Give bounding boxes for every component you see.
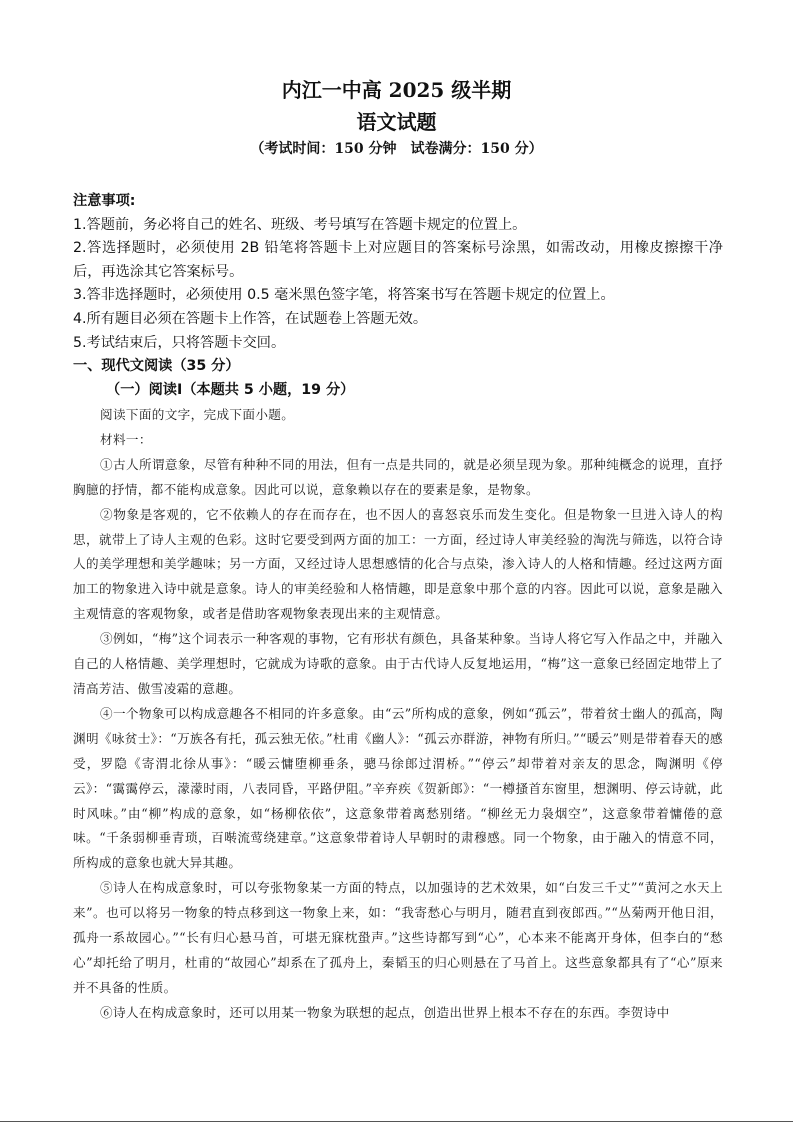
- notice-item: 5.考试结束后，只将答题卡交回。: [73, 332, 723, 356]
- reading-passage: 阅读下面的文字，完成下面小题。 材料一： ①古人所谓意象，尽管有种种不同的用法，…: [73, 403, 723, 1026]
- passage-paragraph: ①古人所谓意象，尽管有种种不同的用法，但有一点是共同的，就是必须呈现为象。那种纯…: [73, 453, 723, 503]
- exam-page: 内江一中高 2025 级半期 语文试题 （考试时间：150 分钟 试卷满分：15…: [0, 0, 793, 1122]
- passage-paragraph: ③例如，“梅”这个词表示一种客观的事物，它有形状有颜色，具备某种象。当诗人将它写…: [73, 627, 723, 702]
- passage-paragraph: ⑤诗人在构成意象时，可以夸张物象某一方面的特点，以加强诗的艺术效果，如“白发三千…: [73, 876, 723, 1001]
- notice-section: 注意事项: 1.答题前，务必将自己的姓名、班级、考号填写在答题卡规定的位置上。 …: [73, 190, 723, 355]
- exam-meta: （考试时间：150 分钟 试卷满分：150 分）: [0, 139, 793, 159]
- section-heading: 一、现代文阅读（35 分）: [73, 355, 723, 379]
- passage-instruction: 阅读下面的文字，完成下面小题。: [73, 403, 723, 428]
- exam-subtitle: 语文试题: [0, 108, 793, 136]
- notice-item: 1.答题前，务必将自己的姓名、班级、考号填写在答题卡规定的位置上。: [73, 214, 723, 238]
- passage-paragraph: ⑥诗人在构成意象时，还可以用某一物象为联想的起点，创造出世界上根本不存在的东西。…: [73, 1001, 723, 1026]
- passage-paragraph: ②物象是客观的，它不依赖人的存在而存在，也不因人的喜怒哀乐而发生变化。但是物象一…: [73, 503, 723, 628]
- passage-paragraph: ④一个物象可以构成意趣各不相同的许多意象。由“云”所构成的意象，例如“孤云”，带…: [73, 702, 723, 876]
- section-heading-block: 一、现代文阅读（35 分） （一）阅读Ⅰ（本题共 5 小题，19 分）: [73, 355, 723, 402]
- notice-title: 注意事项:: [73, 190, 723, 214]
- sub-section-heading: （一）阅读Ⅰ（本题共 5 小题，19 分）: [73, 379, 723, 403]
- notice-item: 2.答选择题时，必须使用 2B 铅笔将答题卡上对应题目的答案标号涂黑，如需改动，…: [73, 237, 723, 284]
- exam-title: 内江一中高 2025 级半期: [0, 76, 793, 104]
- material-label: 材料一：: [73, 428, 723, 453]
- notice-item: 3.答非选择题时，必须使用 0.5 毫米黑色签字笔，将答案书写在答题卡规定的位置…: [73, 284, 723, 308]
- notice-item: 4.所有题目必须在答题卡上作答，在试题卷上答题无效。: [73, 308, 723, 332]
